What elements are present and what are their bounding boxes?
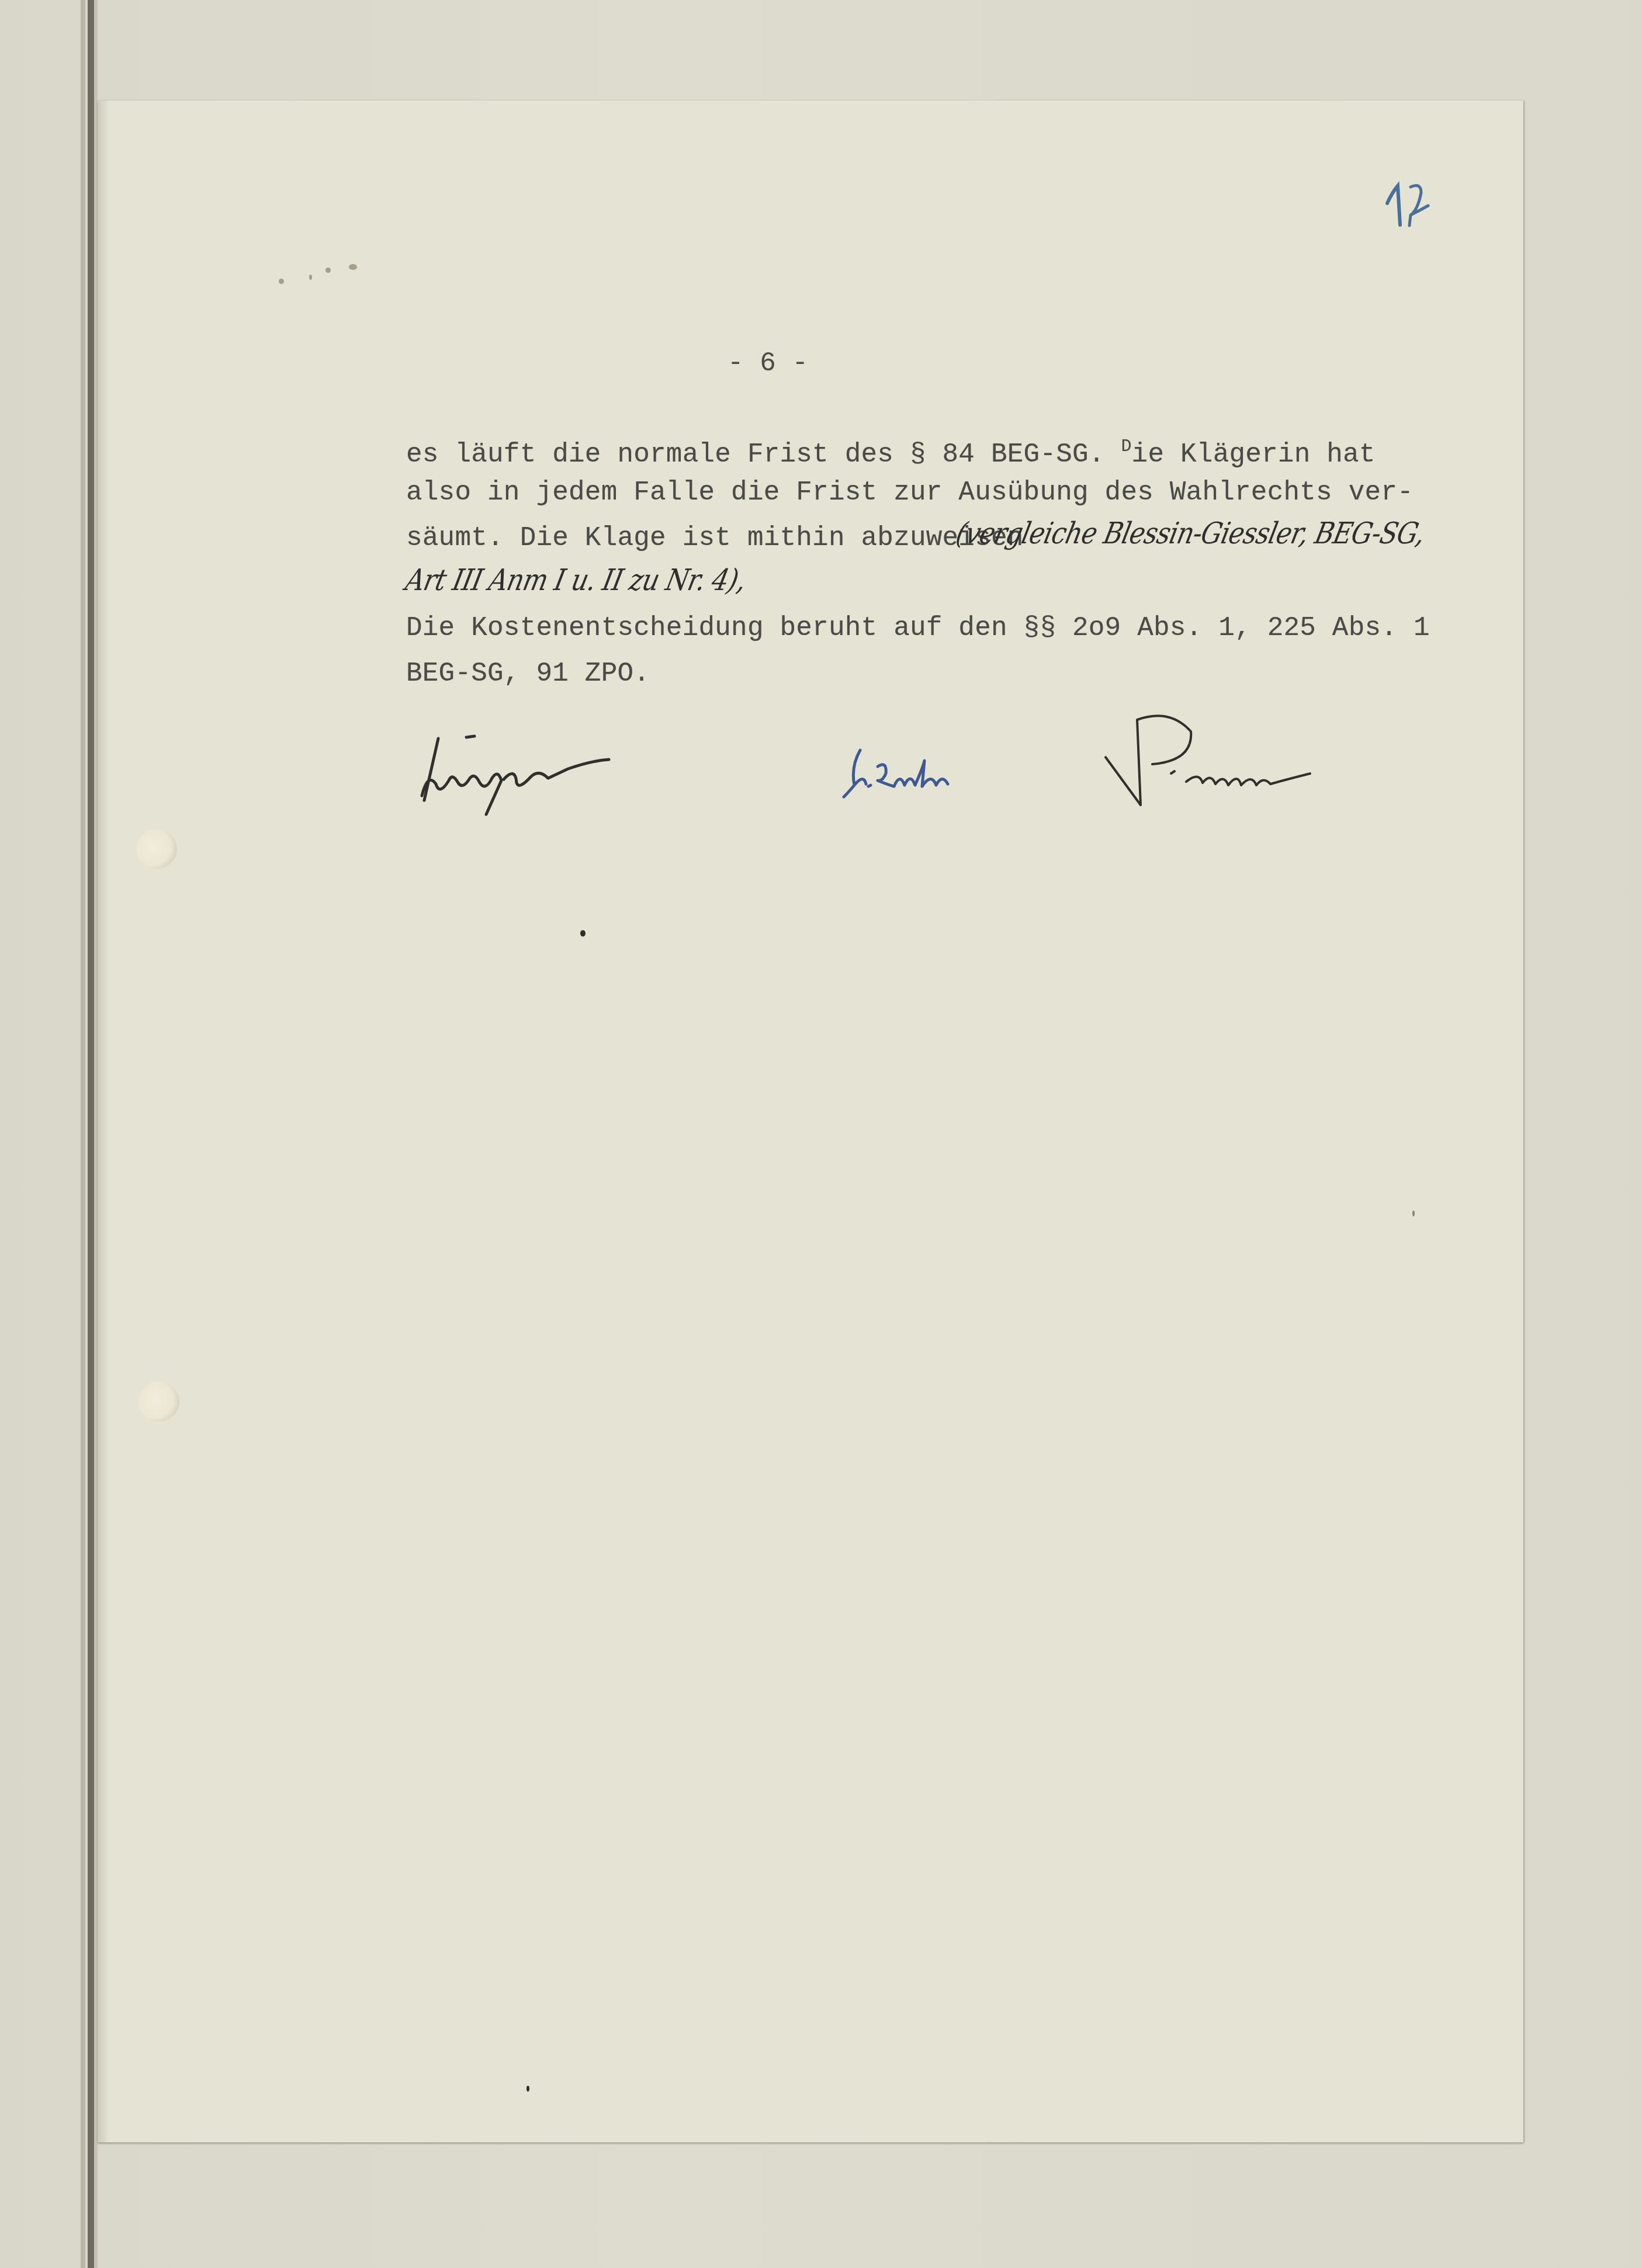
binder-edge-dark	[88, 0, 94, 2268]
document-page: 17 - 6 - es läuft die normale Frist des …	[98, 100, 1523, 2142]
body-line-3: säumt. Die Klage ist mithin abzuweisen	[406, 525, 1024, 552]
signature-dr-raabe: Dr. Raabe	[837, 743, 989, 807]
page-edge-shadow	[98, 100, 109, 2142]
binder-edge-light	[81, 0, 85, 2268]
handwritten-annotation-line-2: Art III Anm I u. II zu Nr. 4),	[403, 563, 749, 598]
signature-hansinger: Hansinger	[416, 731, 661, 819]
signature-pimann: Pimann	[1088, 708, 1415, 813]
ink-speck	[1412, 1211, 1415, 1216]
ink-speck	[526, 2086, 529, 2092]
body-line-1: es läuft die normale Frist des § 84 BEG-…	[406, 434, 1376, 468]
punch-hole-lower	[138, 1382, 179, 1421]
body-line-4: Die Kostenentscheidung beruht auf den §§…	[406, 615, 1430, 641]
ink-speck	[580, 930, 586, 937]
folio-number: 17	[1374, 169, 1439, 234]
punch-hole-upper	[136, 829, 177, 869]
page-number: - 6 -	[728, 348, 808, 379]
body-line-5: BEG-SG, 91 ZPO.	[406, 660, 650, 687]
handwritten-annotation-line-1: (vergleiche Blessin-Giessler, BEG-SG,	[953, 516, 1428, 551]
body-line-2: also in jedem Falle die Frist zur Ausübu…	[406, 479, 1414, 506]
